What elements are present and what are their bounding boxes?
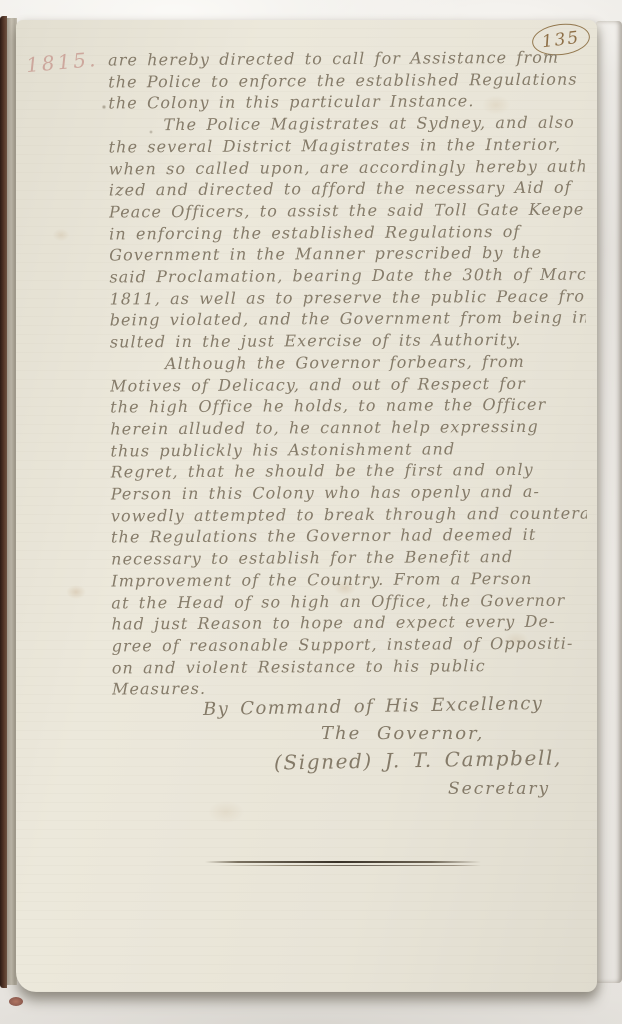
closing-governor-line: The Governor, <box>321 723 484 744</box>
manuscript-line: the high Office he holds, to name the Of… <box>110 394 586 419</box>
manuscript-line: vowedly attempted to break through and c… <box>111 502 587 527</box>
manuscript-line: sulted in the just Exercise of its Autho… <box>110 329 586 354</box>
manuscript-line: necessary to establish for the Benefit a… <box>111 546 587 571</box>
manuscript-line: the Colony in this particular Instance. <box>108 90 584 115</box>
manuscript-line: Although the Governor forbears, from <box>110 350 586 375</box>
manuscript-line: said Proclamation, bearing Date the 30th… <box>109 264 585 289</box>
manuscript-line: Peace Officers, to assist the said Toll … <box>109 198 585 223</box>
manuscript-line: had just Reason to hope and expect every… <box>111 611 587 636</box>
manuscript-line: herein alluded to, he cannot help expres… <box>110 415 586 440</box>
manuscript-line: Motives of Delicacy, and out of Respect … <box>110 372 586 397</box>
manuscript-body-text: are hereby directed to call for Assistan… <box>108 47 588 701</box>
book-spine <box>0 16 7 988</box>
manuscript-line: 1811, as well as to preserve the public … <box>109 285 585 310</box>
manuscript-page: 1815. 135 are hereby directed to call fo… <box>16 20 597 992</box>
photograph-backdrop: 1815. 135 are hereby directed to call fo… <box>0 0 622 1024</box>
binding-corner-spot <box>9 997 23 1006</box>
closing-rule-upper-line <box>205 861 481 863</box>
manuscript-line: the Regulations the Governor had deemed … <box>111 524 587 549</box>
manuscript-line: the several District Magistrates in the … <box>109 133 585 158</box>
manuscript-line: are hereby directed to call for Assistan… <box>108 47 584 72</box>
closing-secretary-line: Secretary <box>448 779 550 799</box>
margin-year-annotation: 1815. <box>25 47 99 77</box>
manuscript-line: at the Head of so high an Office, the Go… <box>111 589 587 614</box>
manuscript-line: The Police Magistrates at Sydney, and al… <box>108 112 584 137</box>
manuscript-line: Person in this Colony who has openly and… <box>111 481 587 506</box>
manuscript-line: ized and directed to afford the necessar… <box>109 177 585 202</box>
manuscript-line: the Police to enforce the established Re… <box>108 68 584 93</box>
closing-rule-lower-line <box>205 865 481 866</box>
manuscript-line: Government in the Manner prescribed by t… <box>109 242 585 267</box>
closing-signature-line: (Signed) J. T. Campbell, <box>274 745 562 774</box>
bound-volume: 1815. 135 are hereby directed to call fo… <box>0 14 622 996</box>
manuscript-line: on and violent Resistance to his public <box>112 654 588 679</box>
closing-rule <box>205 861 481 869</box>
manuscript-line: being violated, and the Government from … <box>110 307 586 332</box>
manuscript-line: gree of reasonable Support, instead of O… <box>112 633 588 658</box>
manuscript-line: when so called upon, are accordingly her… <box>109 155 585 180</box>
manuscript-line: Regret, that he should be the first and … <box>111 459 587 484</box>
manuscript-line: Improvement of the Country. From a Perso… <box>111 567 587 592</box>
closing-by-command-line: By Command of His Excellency <box>203 693 544 720</box>
manuscript-line: in enforcing the established Regulations… <box>109 220 585 245</box>
manuscript-line: thus publickly his Astonishment and <box>110 437 586 462</box>
stacked-page-edges <box>596 21 622 983</box>
